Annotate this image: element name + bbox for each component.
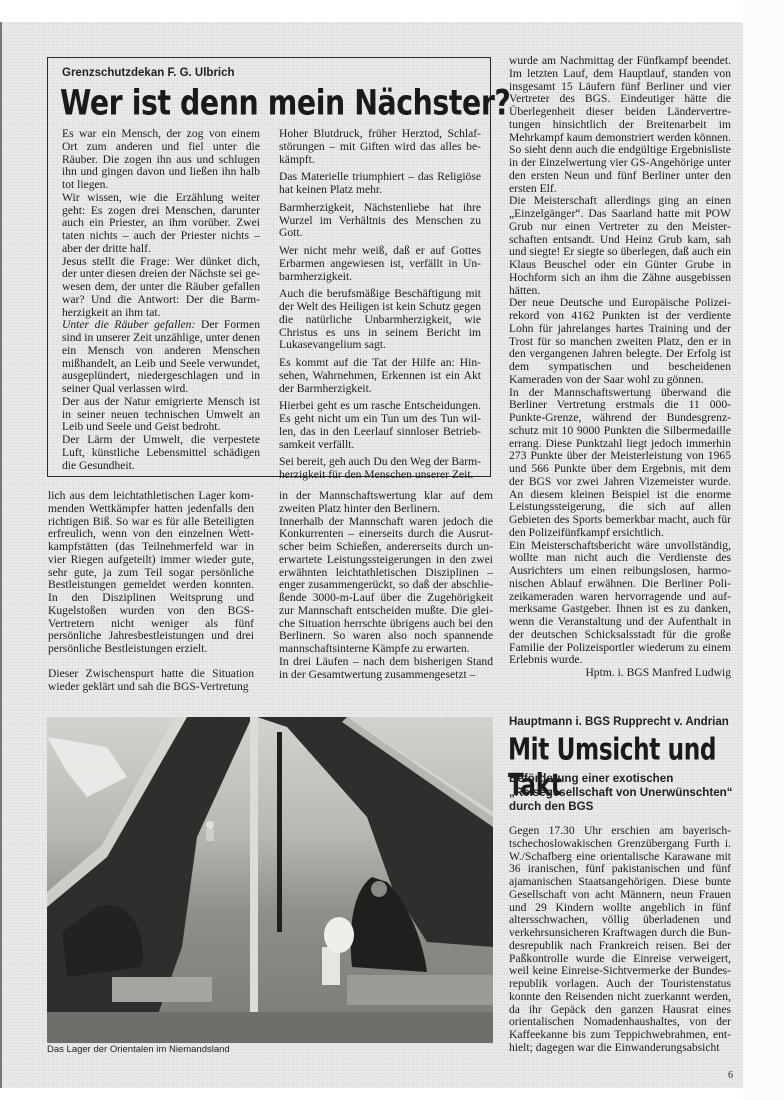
paragraph: Wer nicht mehr weiß, daß er auf Gottes E… bbox=[279, 245, 481, 283]
sport-column-right: wurde am Nachmittag der Fünfkampf been­d… bbox=[509, 55, 731, 680]
tent-camp-photo bbox=[47, 717, 493, 1043]
paragraph: Jesus stellt die Frage: Wer dünket dich,… bbox=[62, 256, 260, 320]
paragraph: Sei bereit, geh auch Du den Weg der Barm… bbox=[279, 456, 481, 482]
paragraph: Es kommt auf die Tat der Hilfe an: Hin­s… bbox=[279, 357, 481, 395]
paragraph: Der aus der Natur emigrierte Mensch ist … bbox=[62, 396, 260, 434]
paragraph: Innerhalb der Mannschaft waren jedoch di… bbox=[279, 516, 493, 656]
paragraph: in der Mannschaftswertung klar auf dem z… bbox=[279, 490, 493, 516]
border-article-subtitle: Beförderung einer exotischen „Reisegesel… bbox=[509, 772, 735, 814]
page-edge bbox=[0, 22, 2, 1088]
sermon-column-1: Es war ein Mensch, der zog von einem Ort… bbox=[62, 128, 260, 472]
paragraph: Unter die Räuber gefallen: Der Formen si… bbox=[62, 319, 260, 396]
paragraph: wurde am Nachmittag der Fünfkampf been­d… bbox=[509, 55, 731, 195]
sport-column-middle: in der Mannschaftswertung klar auf dem z… bbox=[279, 490, 493, 681]
paragraph: In drei Läufen – nach dem bisherigen Sta… bbox=[279, 656, 493, 682]
paragraph: Dieser Zwischenspurt hatte die Situation… bbox=[48, 668, 254, 694]
page-number: 6 bbox=[728, 1070, 733, 1081]
sermon-column-2: Hoher Blutdruck, früher Herztod, Schlaf­… bbox=[279, 128, 481, 482]
sermon-title: Wer ist denn mein Nächster? bbox=[60, 82, 510, 123]
paragraph: In der Mannschaftswertung überwand die B… bbox=[509, 387, 731, 540]
paragraph: lich aus dem leichtathletischen Lager ko… bbox=[48, 490, 254, 656]
paragraph: Hoher Blutdruck, früher Herztod, Schlaf­… bbox=[279, 128, 481, 166]
paragraph: Gegen 17.30 Uhr erschien am bayerisch-ts… bbox=[509, 825, 731, 1055]
scanner-margin bbox=[743, 0, 784, 1100]
paragraph: Wir wissen, wie die Erzählung weiter geh… bbox=[62, 192, 260, 256]
paragraph: Der Lärm der Umwelt, die verpestete Luft… bbox=[62, 434, 260, 472]
photo-illustration bbox=[47, 717, 493, 1043]
sermon-author: Grenzschutzdekan F. G. Ulbrich bbox=[62, 67, 235, 79]
paragraph: Das Materielle triumphiert – das Religiö… bbox=[279, 171, 481, 197]
italic-lead: Unter die Räuber gefallen: bbox=[62, 318, 195, 331]
paragraph: Auch die berufsmäßige Beschäftigung mit … bbox=[279, 288, 481, 352]
paragraph: Barmherzigkeit, Nächstenliebe hat ihre W… bbox=[279, 202, 481, 240]
border-article-body: Gegen 17.30 Uhr erschien am bayerisch-ts… bbox=[509, 825, 731, 1055]
signature: Hptm. i. BGS Manfred Ludwig bbox=[509, 667, 731, 680]
photo-caption: Das Lager der Orientalen im Niemandsland bbox=[47, 1044, 230, 1055]
paragraph: Es war ein Mensch, der zog von einem Ort… bbox=[62, 128, 260, 192]
border-article-author: Hauptmann i. BGS Rupprecht v. Andrian bbox=[509, 716, 729, 728]
paragraph: Die Meisterschaft allerdings ging an ein… bbox=[509, 195, 731, 297]
paragraph: Der neue Deutsche und Europäische Polize… bbox=[509, 297, 731, 386]
paragraph: Hierbei geht es um rasche Entscheidungen… bbox=[279, 400, 481, 451]
sport-column-left: lich aus dem leichtathletischen Lager ko… bbox=[48, 490, 254, 693]
paragraph: Ein Meisterschaftsbericht wäre unvollstä… bbox=[509, 540, 731, 668]
